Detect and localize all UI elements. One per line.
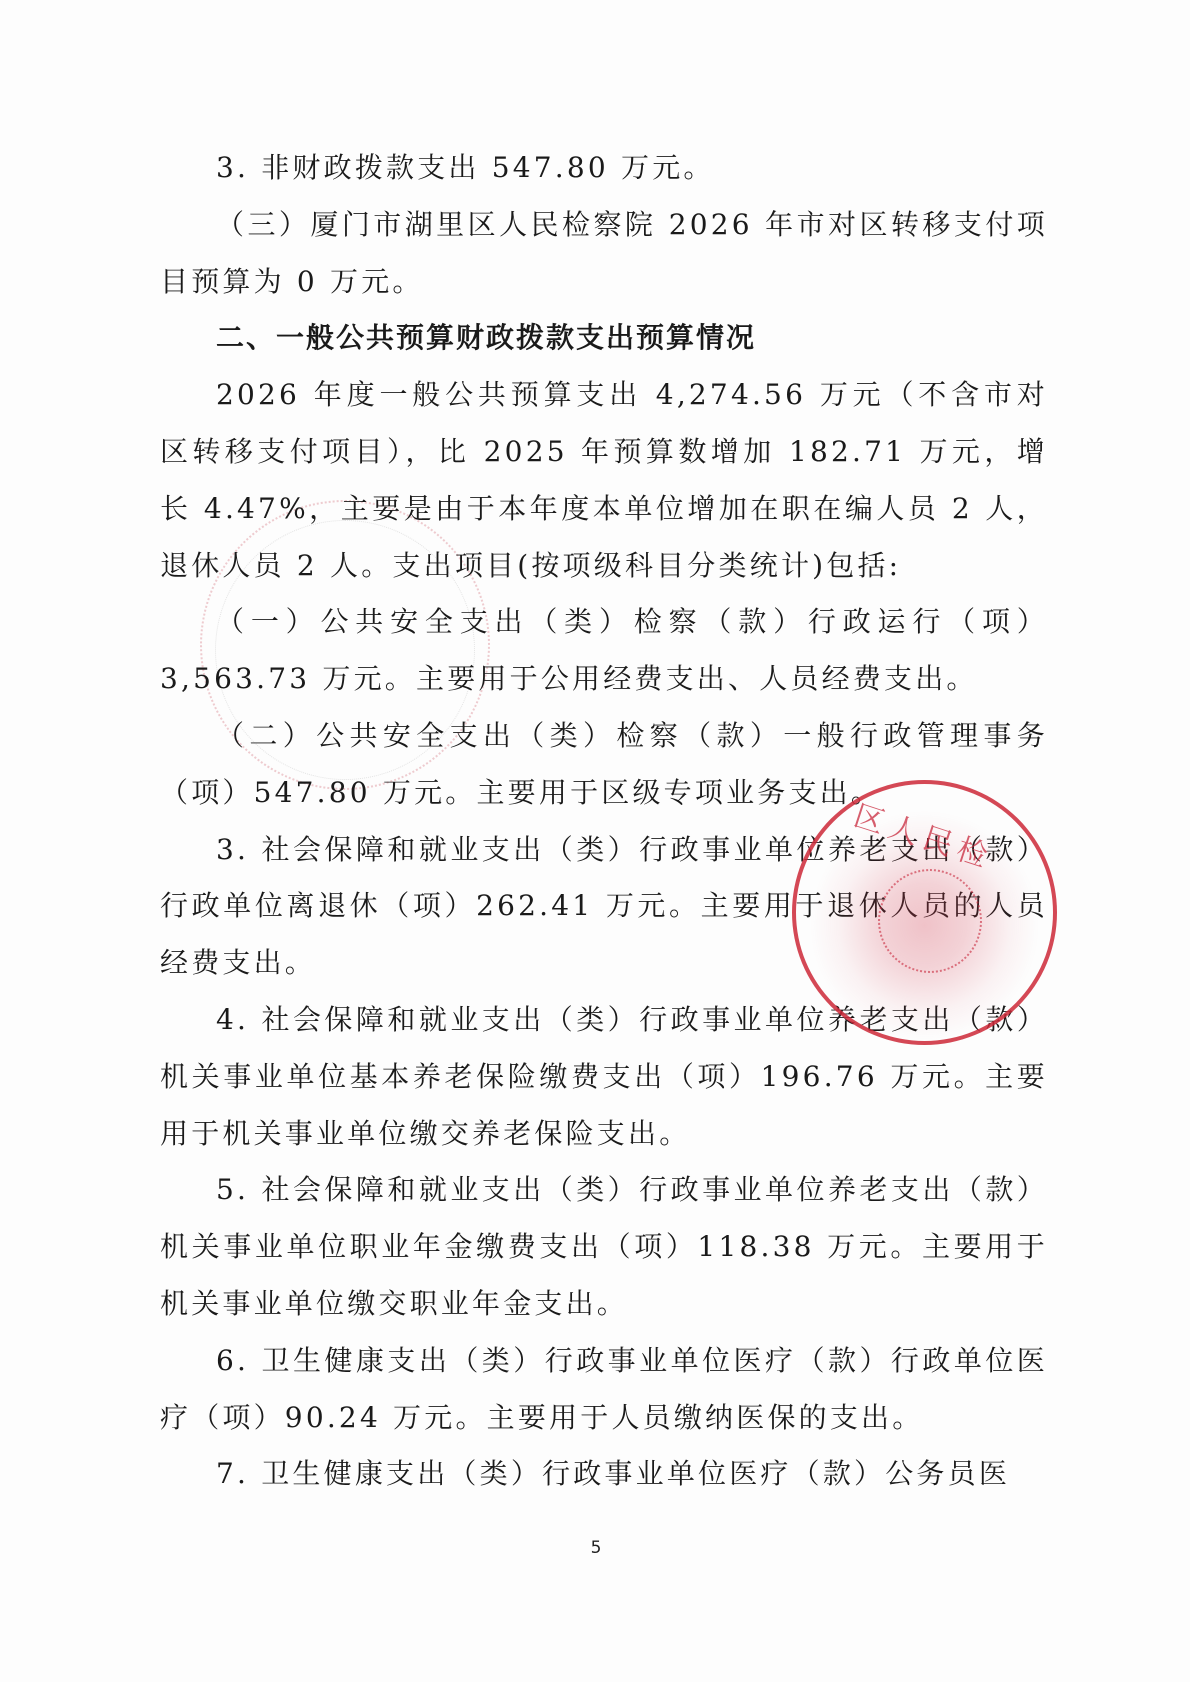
paragraph-item-4-pension-insurance: 4. 社会保障和就业支出（类）行政事业单位养老支出（款）机关事业单位基本养老保险…	[160, 992, 1048, 1162]
paragraph-item-3-retirement: 3. 社会保障和就业支出（类）行政事业单位养老支出（款）行政单位离退休（项）26…	[160, 822, 1048, 992]
paragraph-item-6-medical: 6. 卫生健康支出（类）行政事业单位医疗（款）行政单位医疗（项）90.24 万元…	[160, 1333, 1048, 1447]
paragraph-item-7-civil-servant-medical: 7. 卫生健康支出（类）行政事业单位医疗（款）公务员医	[160, 1446, 1048, 1503]
document-body: 3. 非财政拨款支出 547.80 万元。 （三）厦门市湖里区人民检察院 202…	[160, 140, 1048, 1503]
paragraph-transfer-payment: （三）厦门市湖里区人民检察院 2026 年市对区转移支付项目预算为 0 万元。	[160, 197, 1048, 311]
paragraph-general-budget-summary: 2026 年度一般公共预算支出 4,274.56 万元（不含市对区转移支付项目）…	[160, 367, 1048, 594]
paragraph-item-1-administrative-operation: （一）公共安全支出（类）检察（款）行政运行（项）3,563.73 万元。主要用于…	[160, 594, 1048, 708]
paragraph-non-fiscal-expenditure: 3. 非财政拨款支出 547.80 万元。	[160, 140, 1048, 197]
page-number: 5	[585, 1538, 607, 1558]
paragraph-item-5-occupational-annuity: 5. 社会保障和就业支出（类）行政事业单位养老支出（款）机关事业单位职业年金缴费…	[160, 1162, 1048, 1332]
document-page: 3. 非财政拨款支出 547.80 万元。 （三）厦门市湖里区人民检察院 202…	[0, 0, 1190, 1682]
section-heading-general-budget: 二、一般公共预算财政拨款支出预算情况	[160, 310, 1048, 367]
paragraph-item-2-general-admin-affairs: （二）公共安全支出（类）检察（款）一般行政管理事务（项）547.80 万元。主要…	[160, 708, 1048, 822]
